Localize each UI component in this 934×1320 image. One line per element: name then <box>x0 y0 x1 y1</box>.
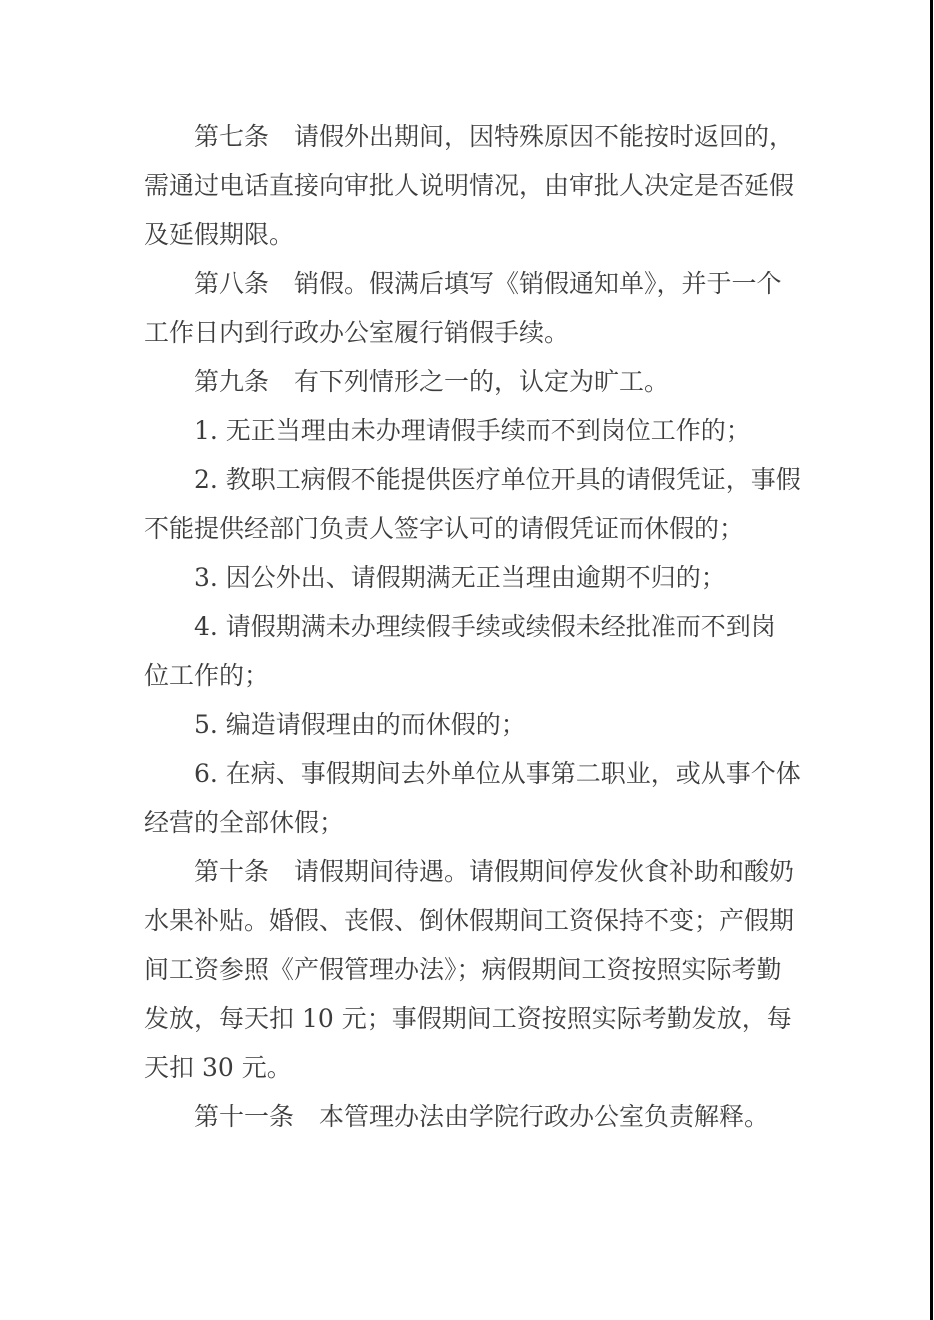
document-line: 不能提供经部门负责人签字认可的请假凭证而休假的； <box>144 504 844 553</box>
document-line: 水果补贴。婚假、丧假、倒休假期间工资保持不变；产假期 <box>144 896 844 945</box>
document-line: 工作日内到行政办公室履行销假手续。 <box>144 308 844 357</box>
document-line: 第十条 请假期间待遇。请假期间停发伙食补助和酸奶 <box>144 847 844 896</box>
document-line: 发放，每天扣 10 元；事假期间工资按照实际考勤发放，每 <box>144 994 844 1043</box>
document-line: 第七条 请假外出期间，因特殊原因不能按时返回的， <box>144 112 844 161</box>
document-line: 3. 因公外出、请假期满无正当理由逾期不归的； <box>144 553 844 602</box>
document-line: 第八条 销假。假满后填写《销假通知单》，并于一个 <box>144 259 844 308</box>
document-line: 第九条 有下列情形之一的，认定为旷工。 <box>144 357 844 406</box>
document-line: 6. 在病、事假期间去外单位从事第二职业，或从事个体 <box>144 749 844 798</box>
document-line: 位工作的； <box>144 651 844 700</box>
document-line: 经营的全部休假； <box>144 798 844 847</box>
document-page: 第七条 请假外出期间，因特殊原因不能按时返回的，需通过电话直接向审批人说明情况，… <box>0 0 934 1320</box>
document-line: 1. 无正当理由未办理请假手续而不到岗位工作的； <box>144 406 844 455</box>
document-line: 第十一条 本管理办法由学院行政办公室负责解释。 <box>144 1092 844 1141</box>
document-line: 需通过电话直接向审批人说明情况，由审批人决定是否延假 <box>144 161 844 210</box>
document-line: 天扣 30 元。 <box>144 1043 844 1092</box>
document-content: 第七条 请假外出期间，因特殊原因不能按时返回的，需通过电话直接向审批人说明情况，… <box>144 112 844 1141</box>
document-line: 5. 编造请假理由的而休假的； <box>144 700 844 749</box>
document-line: 及延假期限。 <box>144 210 844 259</box>
document-line: 4. 请假期满未办理续假手续或续假未经批准而不到岗 <box>144 602 844 651</box>
document-line: 间工资参照《产假管理办法》；病假期间工资按照实际考勤 <box>144 945 844 994</box>
right-edge-border <box>930 0 933 1320</box>
document-line: 2. 教职工病假不能提供医疗单位开具的请假凭证，事假 <box>144 455 844 504</box>
